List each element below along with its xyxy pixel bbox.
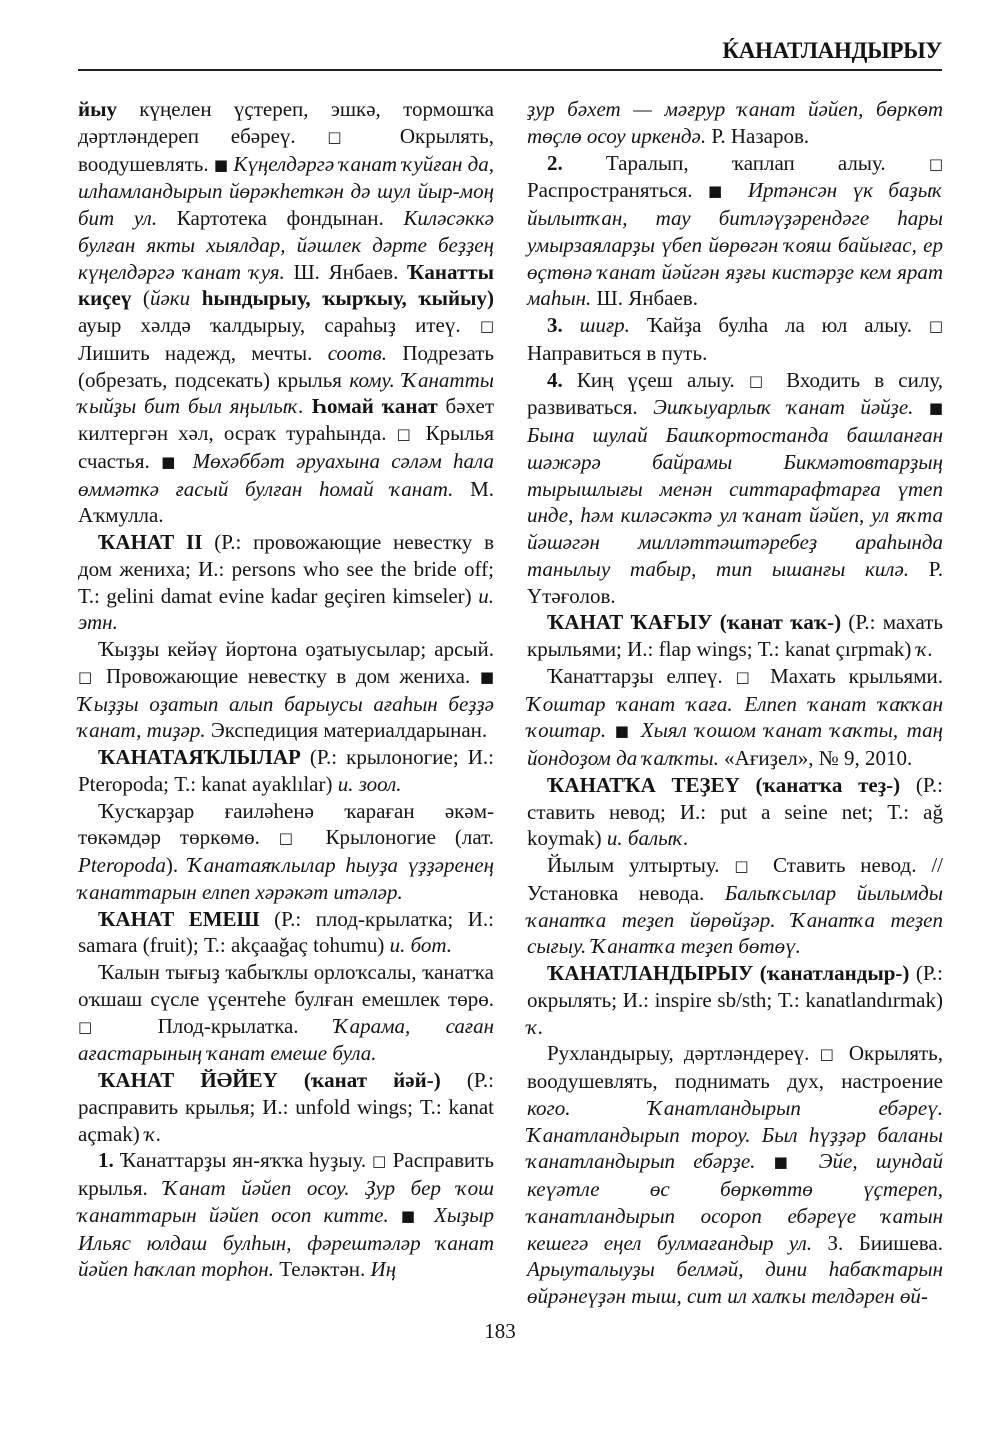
text-run: Ҡанаттарҙы ян-яҡҡа һуҙыу. <box>114 1148 372 1172</box>
italic-example: Арыуталыуҙы белмәй, дини һабаҡтарын өйрә… <box>527 1257 943 1308</box>
headword: 4. <box>547 368 563 392</box>
text-run: Провожающие невестку в дом жениха. <box>96 664 479 688</box>
text-run: Киң үҫеш алыу. <box>563 368 749 392</box>
text-run <box>563 313 580 337</box>
headword: ҠАНАТ ЙӘЙЕҮ (ҡанат йәй-) <box>98 1068 441 1092</box>
translation-marker-icon: □ <box>735 668 757 686</box>
dictionary-paragraph: Ҡанаттарҙы елпеү. □ Махать крыльями. Ҡош… <box>527 663 943 772</box>
text-run: Йылым ултыртыу. <box>547 853 734 877</box>
text-run: Теләктән. <box>274 1257 371 1281</box>
running-head: ЌАНАТЛАНДЫРЫУ <box>722 38 942 64</box>
dictionary-paragraph: 1. Ҡанаттарҙы ян-яҡҡа һуҙыу. □ Расправит… <box>78 1147 494 1283</box>
headword: ҠАНАТҠА ТЕҘЕҮ (ҡанатҡа теҙ-) <box>547 773 900 797</box>
translation-marker-icon: □ <box>372 1152 387 1170</box>
italic-example: ҡ. <box>145 1122 161 1146</box>
text-run: З. Биишева. <box>812 1231 943 1255</box>
text-run <box>755 1149 773 1173</box>
italic-example: Pteropoda <box>78 853 166 877</box>
right-column: ҙур бәхет — мәғрур ҡанат йәйеп, бөркөт т… <box>527 96 943 1310</box>
italic-example: шиғр. <box>580 313 630 337</box>
text-run: «Ағиҙел», № 9, 2010. <box>719 746 912 770</box>
dictionary-paragraph: Ҡыҙҙы кейәү йортона оҙатыусылар; арсый. … <box>78 636 494 744</box>
example-marker-icon: ■ <box>615 722 633 740</box>
text-run <box>304 394 312 418</box>
text-run: Рухландырыу, дәртләндереү. <box>547 1041 820 1065</box>
headword: 1. <box>98 1148 114 1172</box>
headword: ҠАНАТ II <box>98 530 202 554</box>
page-number: 183 <box>0 1319 1000 1344</box>
dictionary-paragraph: Йылым ултыртыу. □ Ставить невод. // Уста… <box>527 852 943 960</box>
translation-marker-icon: □ <box>734 857 758 875</box>
text-run: Таралып, ҡаплап алыу. <box>563 151 929 175</box>
headword: ҠАНАТЛАНДЫРЫУ (ҡанатландыр-) <box>547 961 909 985</box>
dictionary-paragraph: 3. шиғр. Ҡайҙа булһа ла юл алыу. □ Напра… <box>527 312 943 367</box>
dictionary-paragraph: Ҡусҡарҙар ғаиләһенә ҡараған әкәм-төкәмдә… <box>78 798 494 906</box>
text-run: Распространяться. <box>527 178 708 202</box>
text-run: Ҡыҙҙы кейәү йортона оҙатыусылар; арсый. <box>98 637 494 661</box>
translation-marker-icon: □ <box>929 317 943 335</box>
text-run: Картотека фондынан. <box>157 206 403 230</box>
translation-marker-icon: □ <box>820 1045 839 1063</box>
translation-marker-icon: □ <box>480 317 494 335</box>
text-run: Ҡанаттарҙы елпеү. <box>547 664 735 688</box>
italic-example: и. зоол. <box>338 772 402 796</box>
text-run: Экспедиция материалдарынан. <box>206 718 488 742</box>
example-marker-icon: ■ <box>161 453 181 471</box>
dictionary-paragraph: ҠАНАТЛАНДЫРЫУ (ҡанатландыр-) (Р.: окрыля… <box>527 960 943 1040</box>
dictionary-paragraph: 4. Киң үҫеш алыу. □ Входить в силу, разв… <box>527 367 943 610</box>
italic-example: ҡ. <box>917 637 933 661</box>
dictionary-paragraph: 2. Таралып, ҡаплап алыу. □ Распространят… <box>527 150 943 313</box>
example-marker-icon: ■ <box>480 668 494 686</box>
example-marker-icon: ■ <box>774 1153 801 1171</box>
header-rule <box>78 69 942 71</box>
dictionary-paragraph: ҠАНАТҠА ТЕҘЕҮ (ҡанатҡа теҙ-) (Р.: ставит… <box>527 772 943 852</box>
text-run <box>190 286 202 310</box>
translation-marker-icon: □ <box>327 128 368 146</box>
text-run <box>606 718 615 742</box>
example-marker-icon: ■ <box>214 156 228 174</box>
text-run: Ҡалын тығыҙ ҡабыҡлы орлоҡсалы, ҡанатҡа о… <box>78 960 494 1011</box>
headword: ҠАНАТ ҠАҒЫУ (ҡанат ҡаҡ-) <box>547 610 841 634</box>
italic-example: и. балыҡ. <box>607 826 689 850</box>
text-run: ауыр хәлдә ҡалдырыу, сараһыҙ итеү. <box>78 313 480 337</box>
text-run: Махать крыльями. <box>757 664 943 688</box>
dictionary-paragraph: Ҡалын тығыҙ ҡабыҡлы орлоҡсалы, ҡанатҡа о… <box>78 959 494 1067</box>
text-run: Плод-крылатка. <box>122 1014 334 1038</box>
text-run <box>389 1203 401 1227</box>
italic-example: Эшҡыуарлыҡ ҡанат йәйҙе. <box>653 395 913 419</box>
headword: һындырыу, ҡырҡыу, ҡыйыу) <box>202 286 494 310</box>
translation-marker-icon: □ <box>279 829 307 847</box>
translation-marker-icon: □ <box>929 155 943 173</box>
dictionary-paragraph: ҠАНАТ ЙӘЙЕҮ (ҡанат йәй-) (Р.: расправить… <box>78 1067 494 1147</box>
left-column: йыу күңелен үҫтереп, эшкә, тормошҡа дәрт… <box>78 96 494 1283</box>
translation-marker-icon: □ <box>397 425 416 443</box>
translation-marker-icon: □ <box>78 1018 122 1036</box>
headword: 2. <box>547 151 563 175</box>
dictionary-paragraph: ҙур бәхет — мәғрур ҡанат йәйеп, бөркөт т… <box>527 96 943 150</box>
dictionary-paragraph: Рухландырыу, дәртләндереү. □ Окрылять, в… <box>527 1040 943 1310</box>
text-run: ( <box>131 286 150 310</box>
italic-example: и. бот. <box>390 933 452 957</box>
headword: ҠАНАТ ЕМЕШ <box>98 907 260 931</box>
headword: йыу <box>78 97 117 121</box>
headword: 3. <box>547 313 563 337</box>
text-run: Ш. Янбаев. <box>285 260 407 284</box>
text-run: ). <box>166 853 188 877</box>
text-run: Направиться в путь. <box>527 341 707 365</box>
dictionary-paragraph: ҠАНАТ ҠАҒЫУ (ҡанат ҡаҡ-) (Р.: махать кры… <box>527 609 943 663</box>
text-run <box>913 395 928 419</box>
text-run: Р. Назаров. <box>706 124 809 148</box>
translation-marker-icon: □ <box>78 668 96 686</box>
example-marker-icon: ■ <box>708 182 732 200</box>
example-marker-icon: ■ <box>401 1207 422 1225</box>
text-run: Ҡайҙа булһа ла юл алыу. <box>630 313 929 337</box>
dictionary-paragraph: ҠАНАТ ЕМЕШ (Р.: плод-крылатка; И.: samar… <box>78 906 494 960</box>
text-run: Лишить надежд, мечты. <box>78 341 328 365</box>
translation-marker-icon: □ <box>749 372 772 390</box>
italic-example: соотв. <box>328 341 387 365</box>
text-run: Ш. Янбаев. <box>591 286 698 310</box>
example-marker-icon: ■ <box>929 399 943 417</box>
italic-example: Бына шулай Башҡортостанда башланған шәжә… <box>527 423 943 581</box>
italic-example: Иң <box>371 1257 397 1281</box>
headword: ҠАНАТАЯҠЛЫЛАР <box>98 745 301 769</box>
headword: Һомай ҡанат <box>312 394 438 418</box>
dictionary-paragraph: ҠАНАТАЯҠЛЫЛАР (Р.: крылоногие; И.: Ptero… <box>78 744 494 798</box>
italic-example: ҡ. <box>527 1015 543 1039</box>
dictionary-paragraph: ҠАНАТ II (Р.: провожающие невестку в дом… <box>78 529 494 636</box>
italic-example: йәки <box>150 286 190 310</box>
text-run: Крылоногие (лат. <box>307 825 494 849</box>
dictionary-paragraph: йыу күңелен үҫтереп, эшкә, тормошҡа дәрт… <box>78 96 494 529</box>
